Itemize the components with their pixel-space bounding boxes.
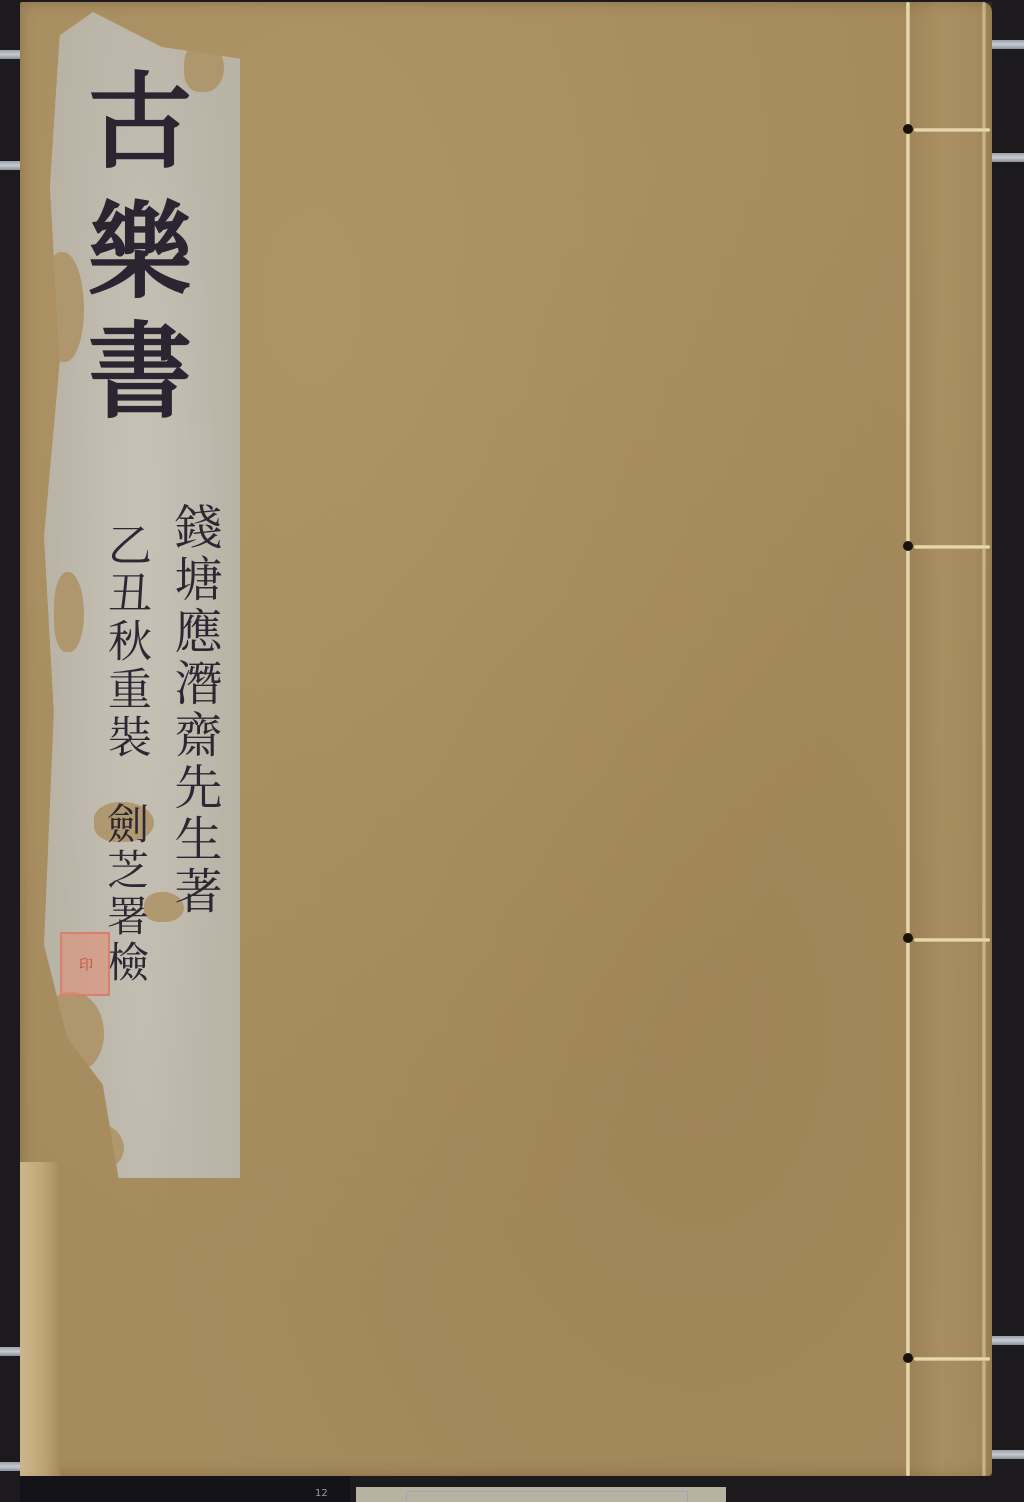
binding-hole (903, 1353, 913, 1363)
background-stripe (992, 1336, 1024, 1345)
binding-thread (906, 2, 910, 1476)
title-char-2: 樂 (80, 192, 200, 312)
scale-number: 12 (315, 1488, 328, 1499)
background-stripe (992, 153, 1024, 162)
binding-hole (903, 541, 913, 551)
label-stain (44, 992, 104, 1072)
binding-hole (903, 124, 913, 134)
background-stripe (0, 50, 20, 59)
color-reference-card (356, 1487, 726, 1502)
binding-hole (903, 933, 913, 943)
background-stripe (992, 1450, 1024, 1459)
label-stain (64, 1122, 124, 1172)
background-stripe (992, 40, 1024, 49)
binding-margin (908, 2, 992, 1476)
label-stain (54, 572, 84, 652)
background-stripe (0, 1347, 20, 1356)
scale-bar (20, 1476, 350, 1502)
title-char-3: 書 (80, 312, 200, 432)
binding-thread-cross (914, 938, 990, 942)
book-cover: 古 樂 書 錢塘應潛齋先生著 乙丑秋重裝 劍芝署檢 印 (20, 2, 992, 1476)
cover-fold (20, 1162, 60, 1476)
rebinding-date-inscription: 乙丑秋重裝 (98, 522, 152, 762)
author-inscription: 錢塘應潛齋先生著 (164, 502, 224, 918)
binding-thread-cross (914, 1357, 990, 1361)
binding-thread-cross (914, 128, 990, 132)
background-stripe (0, 161, 20, 170)
binding-thread-cross (914, 545, 990, 549)
binding-thread (982, 2, 986, 1476)
background-stripe (0, 1462, 20, 1471)
red-seal-stamp: 印 (60, 932, 110, 996)
title-char-1: 古 (80, 62, 200, 182)
label-stain (44, 252, 84, 362)
